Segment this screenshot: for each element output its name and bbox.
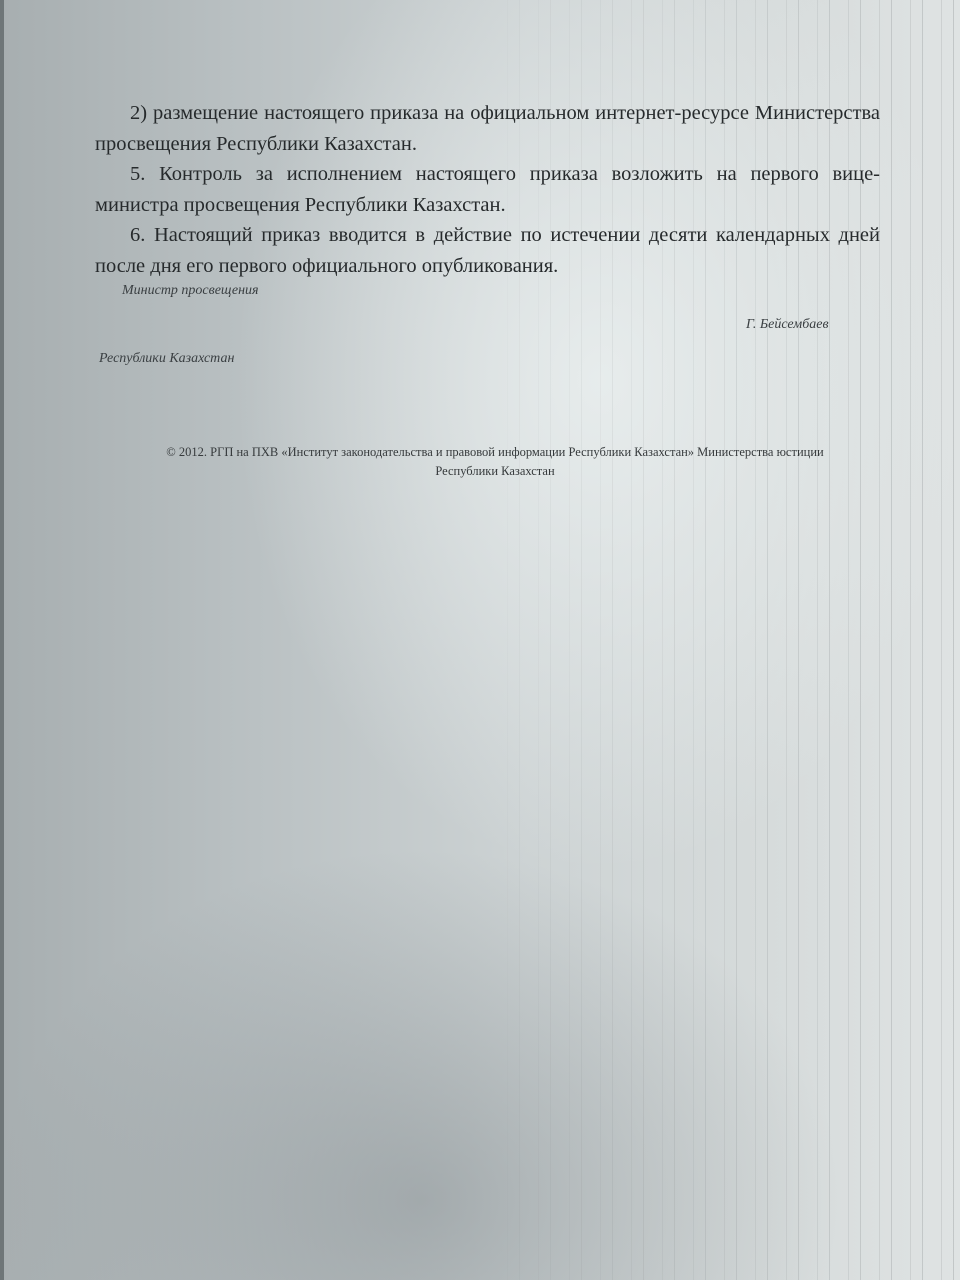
paragraph-item-6: 6. Настоящий приказ вводится в действие … <box>95 220 880 281</box>
signatory-name: Г. Бейсембаев <box>746 317 829 333</box>
paragraph-item-2: 2) размещение настоящего приказа на офиц… <box>95 98 880 159</box>
paragraph-item-5: 5. Контроль за исполнением настоящего пр… <box>95 159 880 220</box>
footer-line-2: Республики Казахстан <box>95 462 895 481</box>
signatory-title-line-1: Министр просвещения <box>122 283 259 299</box>
footer-line-1: © 2012. РГП на ПХВ «Институт законодател… <box>95 443 895 462</box>
paper-page: 2) размещение настоящего приказа на офиц… <box>0 0 960 1280</box>
signatory-title-line-2: Республики Казахстан <box>99 351 234 367</box>
copyright-footer: © 2012. РГП на ПХВ «Институт законодател… <box>95 443 895 481</box>
